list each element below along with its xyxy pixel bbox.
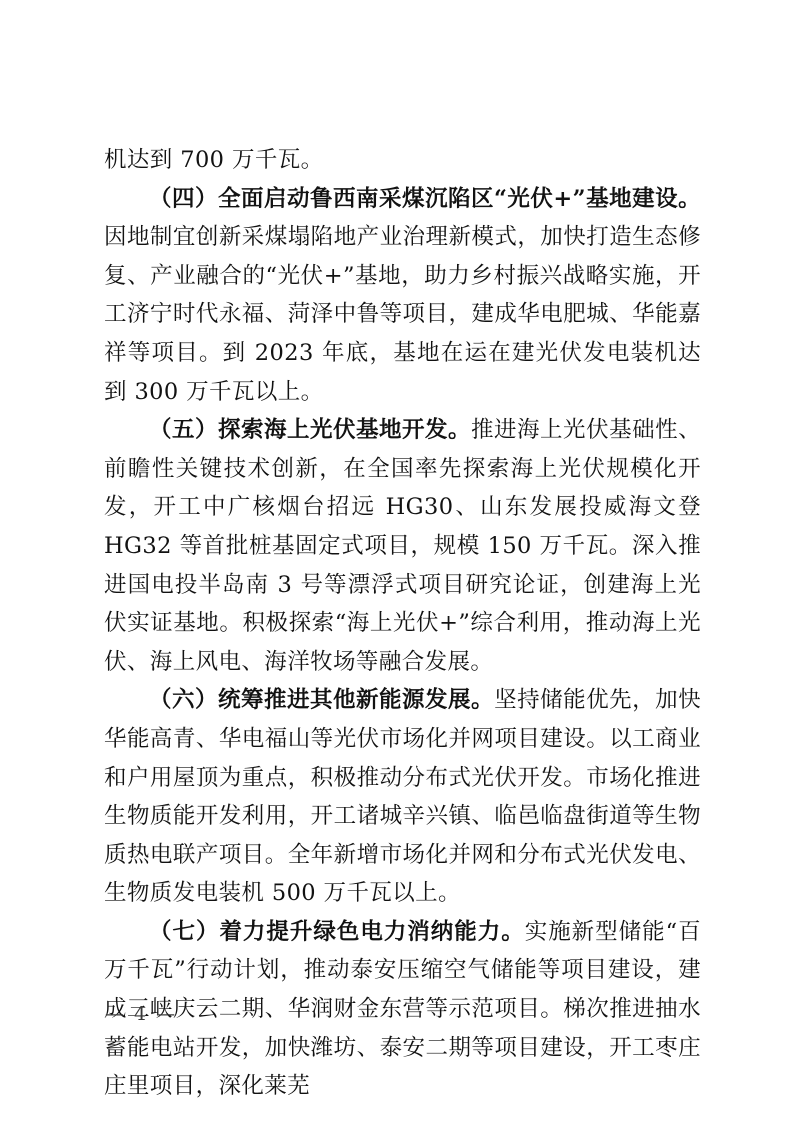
paragraph-text: 机达到 700 万千瓦。 (104, 147, 324, 173)
paragraph-section-4: （四）全面启动鲁西南采煤沉陷区“光伏+”基地建设。因地制宜创新采煤塌陷地产业治理… (104, 180, 701, 412)
section-4-heading: （四）全面启动鲁西南采煤沉陷区“光伏+”基地建设。 (149, 186, 701, 212)
section-7-heading: （七）着力提升绿色电力消纳能力。 (149, 919, 525, 945)
paragraph-continuation: 机达到 700 万千瓦。 (104, 141, 701, 180)
document-body: 机达到 700 万千瓦。 （四）全面启动鲁西南采煤沉陷区“光伏+”基地建设。因地… (104, 141, 701, 1106)
document-page: 机达到 700 万千瓦。 （四）全面启动鲁西南采煤沉陷区“光伏+”基地建设。因地… (0, 0, 794, 1123)
paragraph-text: 推进海上光伏基础性、前瞻性关键技术创新，在全国率先探索海上光伏规模化开发，开工中… (104, 417, 701, 675)
paragraph-section-7: （七）着力提升绿色电力消纳能力。实施新型储能“百万千瓦”行动计划，推动泰安压缩空… (104, 913, 701, 1106)
section-6-heading: （六）统筹推进其他新能源发展。 (149, 687, 494, 713)
paragraph-section-6: （六）统筹推进其他新能源发展。坚持储能优先，加快华能高青、华电福山等光伏市场化并… (104, 681, 701, 913)
paragraph-text: 坚持储能优先，加快华能高青、华电福山等光伏市场化并网项目建设。以工商业和户用屋顶… (104, 687, 701, 906)
paragraph-section-5: （五）探索海上光伏基地开发。推进海上光伏基础性、前瞻性关键技术创新，在全国率先探… (104, 411, 701, 681)
paragraph-text: 实施新型储能“百万千瓦”行动计划，推动泰安压缩空气储能等项目建设，建成三峡庆云二… (104, 919, 701, 1099)
section-5-heading: （五）探索海上光伏基地开发。 (149, 417, 471, 443)
paragraph-text: 因地制宜创新采煤塌陷地产业治理新模式，加快打造生态修复、产业融合的“光伏+”基地… (104, 224, 701, 404)
page-number: — 4 — (105, 1003, 177, 1025)
page-number-text: — 4 — (105, 1003, 177, 1025)
